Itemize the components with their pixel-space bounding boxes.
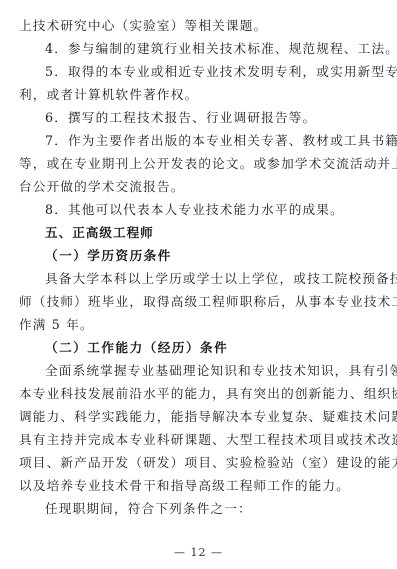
list-item-7-continuation: 台公开做的学术交流报告。	[19, 175, 373, 198]
paragraph: 全面系统掌握专业基础理论知识和专业技术知识，具有引领	[19, 359, 373, 382]
list-item-7-continuation: 等，或在专业期刊上公开发表的论文。或参加学术交流活动并上	[19, 152, 373, 175]
paragraph: 任现职期间，符合下列条件之一：	[19, 497, 373, 520]
paragraph: 具备大学本科以上学历或学士以上学位，或技工院校预备技	[19, 267, 373, 290]
list-item-7: 7．作为主要作者出版的本专业相关专著、教材或工具书籍	[19, 129, 373, 152]
paragraph-continuation: 作满 5 年。	[19, 313, 373, 336]
paragraph-continuation: 本专业科技发展前沿水平的能力，具有突出的创新能力、组织协	[19, 382, 373, 405]
subsection-heading: （一）学历资历条件	[19, 244, 373, 267]
text-line-continuation: 上技术研究中心（实验室）等相关课题。	[19, 14, 373, 37]
section-heading: 五、正高级工程师	[19, 221, 373, 244]
list-item-6: 6．撰写的工程技术报告、行业调研报告等。	[19, 106, 373, 129]
page-number: — 12 —	[0, 546, 397, 559]
subsection-heading: （二）工作能力（经历）条件	[19, 336, 373, 359]
paragraph-continuation: 具有主持并完成本专业科研课题、大型工程技术项目或技术改造	[19, 428, 373, 451]
list-item-8: 8．其他可以代表本人专业技术能力水平的成果。	[19, 198, 373, 221]
list-item-4: 4．参与编制的建筑行业相关技术标准、规范规程、工法。	[19, 37, 373, 60]
paragraph-continuation: 师（技师）班毕业，取得高级工程师职称后，从事本专业技术工	[19, 290, 373, 313]
document-page: 上技术研究中心（实验室）等相关课题。 4．参与编制的建筑行业相关技术标准、规范规…	[19, 14, 373, 520]
paragraph-continuation: 调能力、科学实践能力，能指导解决本专业复杂、疑难技术问题，	[19, 405, 373, 428]
paragraph-continuation: 以及培养专业技术骨干和指导高级工程师工作的能力。	[19, 474, 373, 497]
list-item-5-continuation: 利，或者计算机软件著作权。	[19, 83, 373, 106]
list-item-5: 5．取得的本专业或相近专业技术发明专利，或实用新型专	[19, 60, 373, 83]
paragraph-continuation: 项目、新产品开发（研发）项目、实验检验站（室）建设的能力，	[19, 451, 373, 474]
